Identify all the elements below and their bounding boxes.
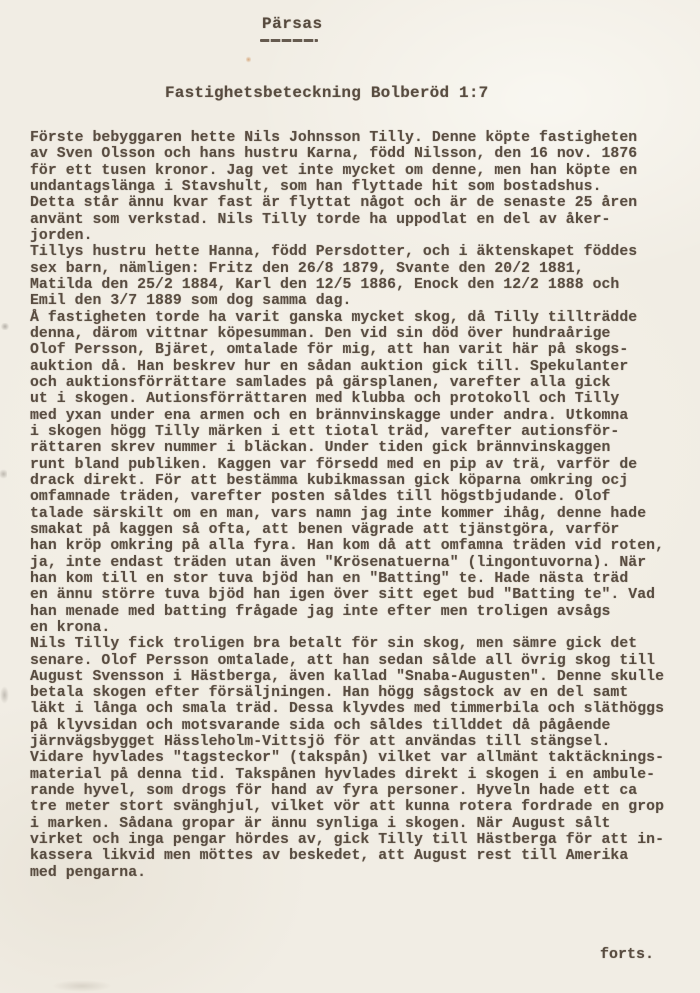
body-text-line: material på denna tid. Takspånen hyvlade… <box>30 767 690 783</box>
body-text-line: ut i skogen. Autionsförrättaren med klub… <box>30 391 690 407</box>
body-text-line: smakat på kaggen så ofta, att benen vägr… <box>30 522 690 538</box>
body-text-line: i marken. Sådana gropar är ännu synliga … <box>30 816 690 832</box>
continuation-note: forts. <box>600 946 654 963</box>
body-text-line: auktion då. Han beskrev hur en sådan auk… <box>30 359 690 375</box>
title-underline <box>260 39 318 42</box>
body-text-line: Matilda den 25/2 1884, Karl den 12/5 188… <box>30 277 690 293</box>
body-text-line: på klyvsidan och motsvarande sida och så… <box>30 718 690 734</box>
body-text-line: jorden. <box>30 228 690 244</box>
body-text-line: han menade med batting frågade jag inte … <box>30 604 690 620</box>
ink-smudge <box>0 686 9 704</box>
body-text-line: drack direkt. För att bestämma kubikmass… <box>30 473 690 489</box>
body-text-line: virket och inga pengar hördes av, gick T… <box>30 832 690 848</box>
document-body: Förste bebyggaren hette Nils Johnsson Ti… <box>30 130 690 881</box>
body-text-line: sex barn, nämligen: Fritz den 26/8 1879,… <box>30 261 690 277</box>
property-designation-heading: Fastighetsbeteckning Bolberöd 1:7 <box>165 84 488 102</box>
body-text-line: August Svensson i Hästberga, även kallad… <box>30 669 690 685</box>
body-text-line: talade särskilt om en man, vars namn jag… <box>30 506 690 522</box>
body-text-line: läkt i långa och smala träd. Dessa klyvd… <box>30 701 690 717</box>
scanned-document-page: Pärsas Fastighetsbeteckning Bolberöd 1:7… <box>0 0 700 993</box>
body-text-line: undantagslänga i Stavshult, som han flyt… <box>30 179 690 195</box>
body-text-line: han kröp omkring på alla fyra. Han kom d… <box>30 538 690 554</box>
body-text-line: kassera likvid men möttes av beskedet, a… <box>30 848 690 864</box>
body-text-line: en krona. <box>30 620 690 636</box>
ink-smudge <box>0 468 7 480</box>
ink-smudge <box>0 323 10 330</box>
paper-stain <box>246 56 251 63</box>
body-text-line: rättaren skrev nummer i bläckan. Under t… <box>30 440 690 456</box>
body-text-line: med pengarna. <box>30 865 690 881</box>
body-text-line: runt bland publiken. Kaggen var försedd … <box>30 457 690 473</box>
body-text-line: Nils Tilly fick troligen bra betalt för … <box>30 636 690 652</box>
body-text-line: med yxan under ena armen och en brännvin… <box>30 408 690 424</box>
body-text-line: betala skogen efter försäljningen. Han h… <box>30 685 690 701</box>
body-text-line: denna, därom vittnar köpesumman. Den vid… <box>30 326 690 342</box>
paper-smudge <box>52 980 112 992</box>
body-text-line: Vidare hyvlades "tagsteckor" (takspån) v… <box>30 750 690 766</box>
body-text-line: för ett tusen kronor. Jag vet inte mycke… <box>30 163 690 179</box>
body-text-line: Detta står ännu kvar fast är flyttat någ… <box>30 195 690 211</box>
body-text-line: han kom till en stor tuva bjöd han en "B… <box>30 571 690 587</box>
body-text-line: Emil den 3/7 1889 som dog samma dag. <box>30 293 690 309</box>
body-text-line: en ännu större tuva bjöd han igen över s… <box>30 587 690 603</box>
page-title: Pärsas <box>262 15 323 33</box>
body-text-line: Olof Persson, Bjäret, omtalade för mig, … <box>30 342 690 358</box>
body-text-line: omfamnade träden, varefter posten såldes… <box>30 489 690 505</box>
body-text-line: Å fastigheten torde ha varit ganska myck… <box>30 310 690 326</box>
body-text-line: i skogen högg Tilly märken i ett tiotal … <box>30 424 690 440</box>
body-text-line: Förste bebyggaren hette Nils Johnsson Ti… <box>30 130 690 146</box>
body-text-line: använt som verkstad. Nils Tilly torde ha… <box>30 212 690 228</box>
body-text-line: ja, inte endast träden utan även "Krösen… <box>30 555 690 571</box>
body-text-line: av Sven Olsson och hans hustru Karna, fö… <box>30 146 690 162</box>
body-text-line: rande hyvel, som drogs för hand av fyra … <box>30 783 690 799</box>
body-text-line: senare. Olof Persson omtalade, att han s… <box>30 653 690 669</box>
body-text-line: Tillys hustru hette Hanna, född Persdott… <box>30 244 690 260</box>
body-text-line: järnvägsbygget Hässleholm-Vittsjö för at… <box>30 734 690 750</box>
body-text-line: och auktionsförrättare samlades på gärsp… <box>30 375 690 391</box>
body-text-line: tre meter stort svänghjul, vilket vör at… <box>30 799 690 815</box>
